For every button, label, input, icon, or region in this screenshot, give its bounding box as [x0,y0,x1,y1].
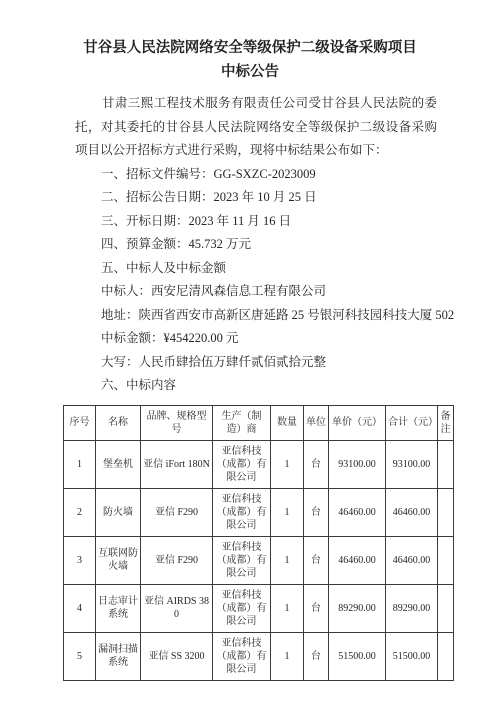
cell-serial-number: 5 [64,632,96,680]
cell-manufacturer: 亚信科技（成都）有限公司 [213,536,271,584]
intro-paragraph: 甘肃三熙工程技术服务有限责任公司受甘谷县人民法院的委托，对其委托的甘谷县人民法院… [75,92,437,163]
cell-serial-number: 2 [64,488,96,536]
document-title-line1: 甘谷县人民法院网络安全等级保护二级设备采购项目 [83,40,417,56]
cell-manufacturer: 亚信科技（成都）有限公司 [213,632,271,680]
cell-remarks [438,440,454,488]
document-title: 甘谷县人民法院网络安全等级保护二级设备采购项目中标公告 [40,36,460,84]
table-header-row: 序号 名称 品牌、规格型号 生产（制造）商 数量 单位 单价（元） 合计（元） … [64,405,454,440]
award-items-table: 序号 名称 品牌、规格型号 生产（制造）商 数量 单位 单价（元） 合计（元） … [63,405,454,681]
cell-unit-price: 89290.00 [329,584,386,632]
cell-quantity: 1 [271,632,304,680]
cell-total-price: 93100.00 [386,440,438,488]
cell-total-price: 89290.00 [386,584,438,632]
table-row: 2 防火墙 亚信 F290 亚信科技（成都）有限公司 1 台 46460.00 … [64,488,454,536]
cell-item-name: 日志审计系统 [96,584,141,632]
header-brand-model: 品牌、规格型号 [141,405,213,440]
cell-total-price: 46460.00 [386,536,438,584]
cell-unit: 台 [304,488,329,536]
line-award-amount: 中标金额：¥454220.00 元 [75,327,437,351]
table-row: 1 堡垒机 亚信 iFort 180N 亚信科技（成都）有限公司 1 台 931… [64,440,454,488]
cell-unit: 台 [304,584,329,632]
cell-item-name: 互联网防火墙 [96,536,141,584]
line-budget-amount: 四、预算金额：45.732 万元 [75,233,437,257]
line-amount-in-words: 大写：人民币肆拾伍万肆仟贰佰贰拾元整 [75,351,437,375]
line-winner-name: 中标人：西安尼清风森信息工程有限公司 [75,280,437,304]
cell-remarks [438,632,454,680]
cell-unit-price: 46460.00 [329,536,386,584]
cell-manufacturer: 亚信科技（成都）有限公司 [213,584,271,632]
header-unit: 单位 [304,405,329,440]
document-page: 甘谷县人民法院网络安全等级保护二级设备采购项目中标公告 甘肃三熙工程技术服务有限… [0,0,500,706]
header-manufacturer: 生产（制造）商 [213,405,271,440]
header-unit-price: 单价（元） [329,405,386,440]
cell-unit-price: 51500.00 [329,632,386,680]
cell-total-price: 46460.00 [386,488,438,536]
cell-item-name: 漏洞扫描系统 [96,632,141,680]
cell-manufacturer: 亚信科技（成都）有限公司 [213,488,271,536]
header-remarks: 备注 [438,405,454,440]
cell-quantity: 1 [271,488,304,536]
cell-serial-number: 1 [64,440,96,488]
header-item-name: 名称 [96,405,141,440]
cell-brand-model: 亚信 F290 [141,536,213,584]
cell-brand-model: 亚信 iFort 180N [141,440,213,488]
cell-remarks [438,584,454,632]
cell-unit-price: 93100.00 [329,440,386,488]
header-serial-number: 序号 [64,405,96,440]
cell-serial-number: 4 [64,584,96,632]
line-winner-address: 地址：陕西省西安市高新区唐延路 25 号银河科技园科技大厦 502 [75,304,437,328]
cell-unit-price: 46460.00 [329,488,386,536]
cell-manufacturer: 亚信科技（成都）有限公司 [213,440,271,488]
table-row: 4 日志审计系统 亚信 AIRDS 380 亚信科技（成都）有限公司 1 台 8… [64,584,454,632]
table-row: 5 漏洞扫描系统 亚信 SS 3200 亚信科技（成都）有限公司 1 台 515… [64,632,454,680]
line-tender-doc-number: 一、招标文件编号：GG-SXZC-2023009 [75,163,437,187]
cell-quantity: 1 [271,536,304,584]
document-body: 甘肃三熙工程技术服务有限责任公司受甘谷县人民法院的委托，对其委托的甘谷县人民法院… [75,92,437,681]
document-title-line2: 中标公告 [221,64,279,80]
cell-unit: 台 [304,440,329,488]
cell-quantity: 1 [271,584,304,632]
cell-quantity: 1 [271,440,304,488]
cell-brand-model: 亚信 AIRDS 380 [141,584,213,632]
line-announcement-date: 二、招标公告日期：2023 年 10 月 25 日 [75,186,437,210]
header-total-price: 合计（元） [386,405,438,440]
table-row: 3 互联网防火墙 亚信 F290 亚信科技（成都）有限公司 1 台 46460.… [64,536,454,584]
cell-brand-model: 亚信 SS 3200 [141,632,213,680]
cell-serial-number: 3 [64,536,96,584]
cell-item-name: 堡垒机 [96,440,141,488]
cell-brand-model: 亚信 F290 [141,488,213,536]
cell-unit: 台 [304,536,329,584]
line-award-content-heading: 六、中标内容 [75,374,437,398]
cell-remarks [438,536,454,584]
cell-remarks [438,488,454,536]
cell-total-price: 51500.00 [386,632,438,680]
cell-item-name: 防火墙 [96,488,141,536]
cell-unit: 台 [304,632,329,680]
line-winner-section-heading: 五、中标人及中标金额 [75,257,437,281]
header-quantity: 数量 [271,405,304,440]
line-bid-opening-date: 三、开标日期：2023 年 11 月 16 日 [75,210,437,234]
